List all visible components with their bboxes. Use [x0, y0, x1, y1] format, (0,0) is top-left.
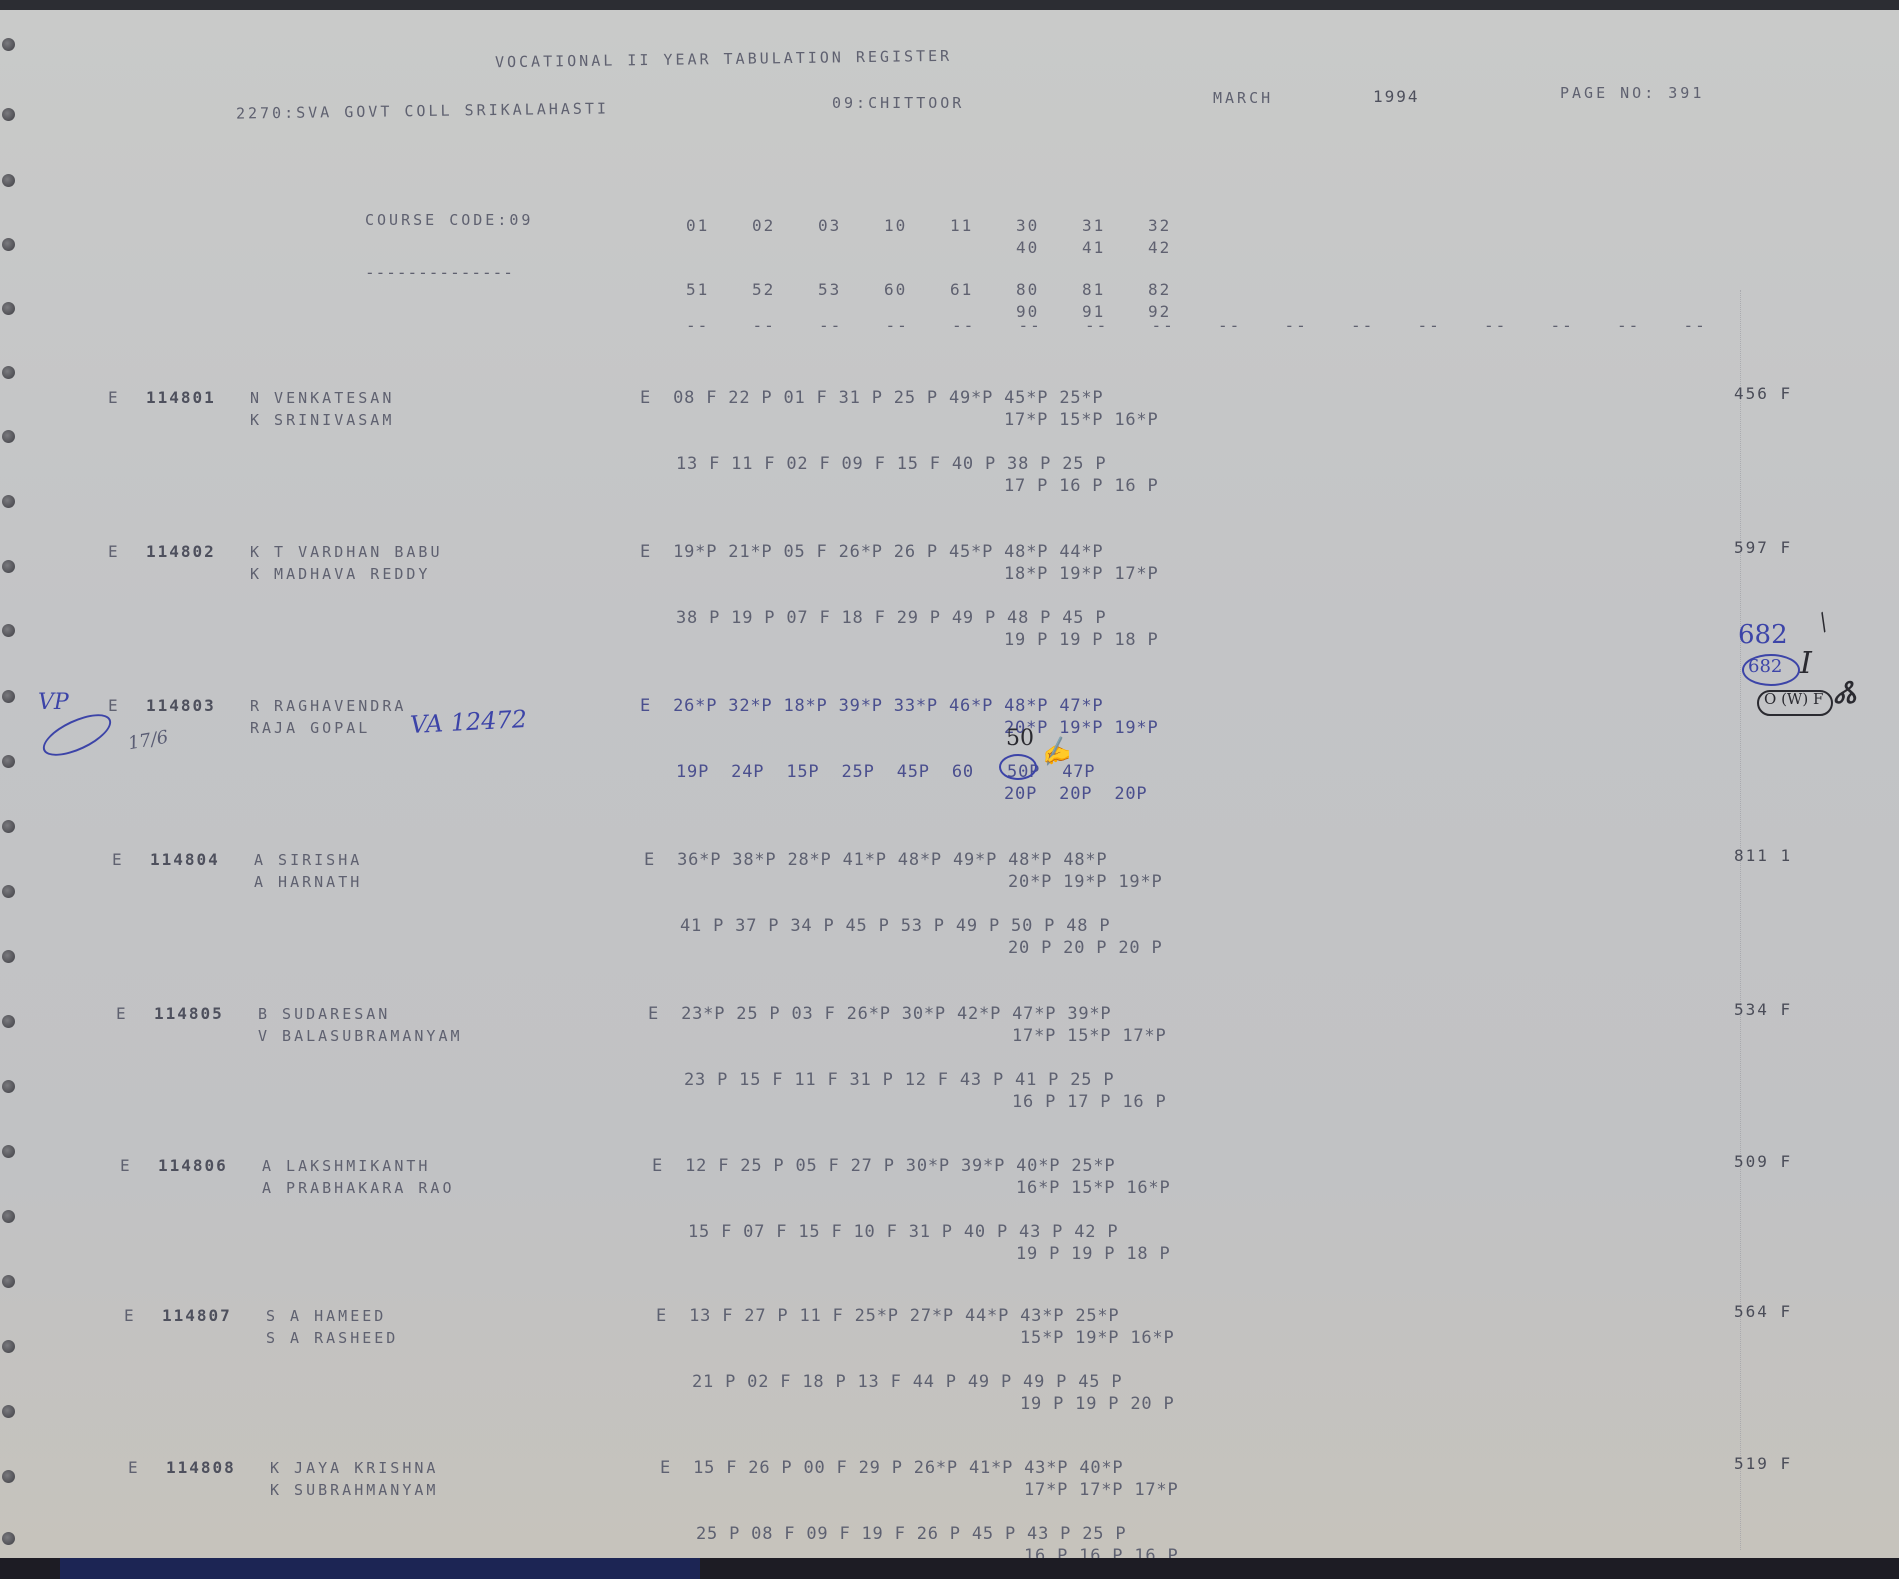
- father-name: RAJA GOPAL: [250, 719, 370, 737]
- marks-line-4: 19 P 19 P 18 P: [1016, 1244, 1171, 1264]
- marks-line-1: E 36*P 38*P 28*P 41*P 48*P 49*P 48*P 48*…: [644, 850, 1107, 870]
- marks-line-1: E 13 F 27 P 11 F 25*P 27*P 44*P 43*P 25*…: [656, 1306, 1119, 1326]
- hall-ticket-number: 114803: [146, 696, 216, 715]
- column-divider-dash: --: [1551, 316, 1574, 335]
- subject-code: 52: [752, 280, 775, 299]
- father-name: K SUBRAHMANYAM: [270, 1481, 438, 1499]
- total-and-result: 519 F: [1734, 1454, 1792, 1473]
- marks-line-3: 13 F 11 F 02 F 09 F 15 F 40 P 38 P 25 P: [676, 454, 1106, 474]
- marks-line-2: 20*P 19*P 19*P: [1008, 872, 1163, 892]
- medium-code: E: [124, 1306, 136, 1325]
- sprocket-hole-icon: [2, 950, 15, 963]
- total-and-result: 456 F: [1734, 384, 1792, 403]
- medium-code: E: [108, 542, 120, 561]
- subject-code: 02: [752, 216, 775, 235]
- father-name: V BALASUBRAMANYAM: [258, 1027, 463, 1045]
- column-divider-dash: --: [686, 316, 709, 335]
- hall-ticket-number: 114806: [158, 1156, 228, 1175]
- sprocket-hole-icon: [2, 174, 15, 187]
- student-name: S A HAMEED: [266, 1307, 386, 1325]
- column-divider-dash: --: [1218, 316, 1241, 335]
- marks-line-2: 18*P 19*P 17*P: [1004, 564, 1159, 584]
- header-separator: --------------: [365, 263, 514, 282]
- sprocket-hole-icon: [2, 1210, 15, 1223]
- sprocket-hole-icon: [2, 690, 15, 703]
- marks-line-2: 15*P 19*P 16*P: [1020, 1328, 1175, 1348]
- handwritten-vp-mark: VP: [38, 690, 69, 715]
- sprocket-hole-icon: [2, 1470, 15, 1483]
- column-divider-dash: --: [1418, 316, 1441, 335]
- sprocket-hole-icon: [2, 885, 15, 898]
- handwritten-total-circled: 682: [1748, 656, 1782, 677]
- subject-code: 32: [1148, 216, 1171, 235]
- hall-ticket-number: 114807: [162, 1306, 232, 1325]
- sprocket-hole-icon: [2, 430, 15, 443]
- sprocket-hole-icon: [2, 1340, 15, 1353]
- subject-code: 80: [1016, 280, 1039, 299]
- sprocket-hole-icon: [2, 1080, 15, 1093]
- result-box-text: O (W) F: [1764, 690, 1823, 708]
- sprocket-hole-icon: [2, 495, 15, 508]
- subject-code: 10: [884, 216, 907, 235]
- marks-line-2: 17*P 15*P 16*P: [1004, 410, 1159, 430]
- sprocket-hole-icon: [2, 38, 15, 51]
- column-divider-dash: --: [1019, 316, 1042, 335]
- exam-month: MARCH: [1213, 89, 1273, 107]
- marks-line-3: 38 P 19 P 07 F 18 F 29 P 49 P 48 P 45 P: [676, 608, 1106, 628]
- signature-icon: Ꮬ: [1834, 676, 1857, 711]
- marks-line-3: 25 P 08 F 09 F 19 F 26 P 45 P 43 P 25 P: [696, 1524, 1126, 1544]
- total-and-result: 811 1: [1734, 846, 1792, 865]
- hall-ticket-number: 114805: [154, 1004, 224, 1023]
- marks-line-4: 19 P 19 P 18 P: [1004, 630, 1159, 650]
- column-divider-dash: --: [1152, 316, 1175, 335]
- handwritten-va-number: VA 12472: [409, 705, 527, 739]
- subject-code: 60: [884, 280, 907, 299]
- father-name: K MADHAVA REDDY: [250, 565, 430, 583]
- marks-line-1: E 08 F 22 P 01 F 31 P 25 P 49*P 45*P 25*…: [640, 388, 1103, 408]
- marks-line-1: E 23*P 25 P 03 F 26*P 30*P 42*P 47*P 39*…: [648, 1004, 1111, 1024]
- marks-line-3: 15 F 07 F 15 F 10 F 31 P 40 P 43 P 42 P: [688, 1222, 1118, 1242]
- medium-code: E: [112, 850, 124, 869]
- marks-line-4: 16 P 17 P 16 P: [1012, 1092, 1167, 1112]
- marks-line-1: E 26*P 32*P 18*P 39*P 33*P 46*P 48*P 47*…: [640, 696, 1103, 716]
- sprocket-hole-icon: [2, 366, 15, 379]
- column-divider-dash: --: [1351, 316, 1374, 335]
- college-name: 2270:SVA GOVT COLL SRIKALAHASTI: [236, 99, 609, 122]
- subject-code: 41: [1082, 238, 1105, 257]
- marks-line-4: 20P 20P 20P: [1004, 784, 1147, 804]
- student-name: B SUDARESAN: [258, 1005, 390, 1023]
- marks-line-1: E 12 F 25 P 05 F 27 P 30*P 39*P 40*P 25*…: [652, 1156, 1115, 1176]
- sprocket-hole-icon: [2, 238, 15, 251]
- total-and-result: 564 F: [1734, 1302, 1792, 1321]
- sprocket-hole-icon: [2, 1532, 15, 1545]
- total-and-result: 597 F: [1734, 538, 1792, 557]
- father-name: K SRINIVASAM: [250, 411, 394, 429]
- subject-code: 11: [950, 216, 973, 235]
- total-and-result: 509 F: [1734, 1152, 1792, 1171]
- medium-code: E: [108, 388, 120, 407]
- medium-code: E: [108, 696, 120, 715]
- subject-code: 30: [1016, 216, 1039, 235]
- subject-code: 31: [1082, 216, 1105, 235]
- marks-line-4: 17 P 16 P 16 P: [1004, 476, 1159, 496]
- student-name: R RAGHAVENDRA: [250, 697, 406, 715]
- marks-line-1: E 19*P 21*P 05 F 26*P 26 P 45*P 48*P 44*…: [640, 542, 1103, 562]
- subject-code: 81: [1082, 280, 1105, 299]
- hall-ticket-number: 114801: [146, 388, 216, 407]
- course-code: COURSE CODE:09: [365, 211, 533, 229]
- subject-code: 01: [686, 216, 709, 235]
- subject-code: 42: [1148, 238, 1171, 257]
- column-divider-dash: --: [753, 316, 776, 335]
- student-name: A LAKSHMIKANTH: [262, 1157, 430, 1175]
- subject-code: 53: [818, 280, 841, 299]
- column-divider-dash: --: [1085, 316, 1108, 335]
- hall-ticket-number: 114804: [150, 850, 220, 869]
- column-divider-dash: --: [952, 316, 975, 335]
- father-name: S A RASHEED: [266, 1329, 398, 1347]
- sprocket-hole-icon: [2, 302, 15, 315]
- medium-code: E: [116, 1004, 128, 1023]
- subject-code: 40: [1016, 238, 1039, 257]
- sprocket-hole-icon: [2, 1145, 15, 1158]
- register-title: VOCATIONAL II YEAR TABULATION REGISTER: [495, 47, 952, 71]
- handwritten-division: I: [1800, 646, 1812, 681]
- marks-line-2: 17*P 17*P 17*P: [1024, 1480, 1179, 1500]
- subject-code: 82: [1148, 280, 1171, 299]
- marks-line-2: 16*P 15*P 16*P: [1016, 1178, 1171, 1198]
- marks-line-4: 20 P 20 P 20 P: [1008, 938, 1163, 958]
- father-name: A HARNATH: [254, 873, 362, 891]
- sprocket-hole-icon: [2, 560, 15, 573]
- tick-stroke-icon: /: [1814, 610, 1834, 635]
- subject-code: 51: [686, 280, 709, 299]
- column-divider-dash: --: [1484, 316, 1507, 335]
- tabulation-register-sheet: VOCATIONAL II YEAR TABULATION REGISTER 2…: [0, 10, 1899, 1558]
- student-name: N VENKATESAN: [250, 389, 394, 407]
- exam-year: 1994: [1373, 87, 1420, 106]
- marks-line-3: 41 P 37 P 34 P 45 P 53 P 49 P 50 P 48 P: [680, 916, 1110, 936]
- photo-bottom-edge: [0, 1558, 1899, 1579]
- sprocket-hole-icon: [2, 1015, 15, 1028]
- column-divider-dash: --: [819, 316, 842, 335]
- sprocket-hole-icon: [2, 1405, 15, 1418]
- marks-line-3: 23 P 15 F 11 F 31 P 12 F 43 P 41 P 25 P: [684, 1070, 1114, 1090]
- sprocket-hole-icon: [2, 108, 15, 121]
- marks-line-2: 17*P 15*P 17*P: [1012, 1026, 1167, 1046]
- total-and-result: 534 F: [1734, 1000, 1792, 1019]
- sprocket-hole-icon: [2, 755, 15, 768]
- handwritten-total: 682: [1738, 620, 1788, 650]
- handwritten-corrected-mark: 50: [1006, 726, 1034, 751]
- father-name: A PRABHAKARA RAO: [262, 1179, 455, 1197]
- subject-code: 61: [950, 280, 973, 299]
- column-divider-dash: --: [1684, 316, 1707, 335]
- column-divider-dash: --: [886, 316, 909, 335]
- student-name: K JAYA KRISHNA: [270, 1459, 438, 1477]
- hall-ticket-number: 114802: [146, 542, 216, 561]
- circled-mark-icon: [999, 754, 1037, 780]
- student-name: K T VARDHAN BABU: [250, 543, 443, 561]
- hall-ticket-number: 114808: [166, 1458, 236, 1477]
- column-divider-dash: --: [1617, 316, 1640, 335]
- medium-code: E: [128, 1458, 140, 1477]
- district-name: 09:CHITTOOR: [832, 94, 964, 112]
- student-name: A SIRISHA: [254, 851, 362, 869]
- page-number: PAGE NO: 391: [1560, 84, 1704, 102]
- marks-line-4: 19 P 19 P 20 P: [1020, 1394, 1175, 1414]
- paper-fold-line: [1740, 290, 1742, 1550]
- marks-line-3: 21 P 02 F 18 P 13 F 44 P 49 P 49 P 45 P: [692, 1372, 1122, 1392]
- sprocket-hole-icon: [2, 820, 15, 833]
- sprocket-hole-icon: [2, 1275, 15, 1288]
- sprocket-hole-icon: [2, 624, 15, 637]
- marks-line-1: E 15 F 26 P 00 F 29 P 26*P 41*P 43*P 40*…: [660, 1458, 1123, 1478]
- column-divider-dash: --: [1285, 316, 1308, 335]
- handwritten-date-note: 17/6: [126, 727, 169, 755]
- medium-code: E: [120, 1156, 132, 1175]
- subject-code: 03: [818, 216, 841, 235]
